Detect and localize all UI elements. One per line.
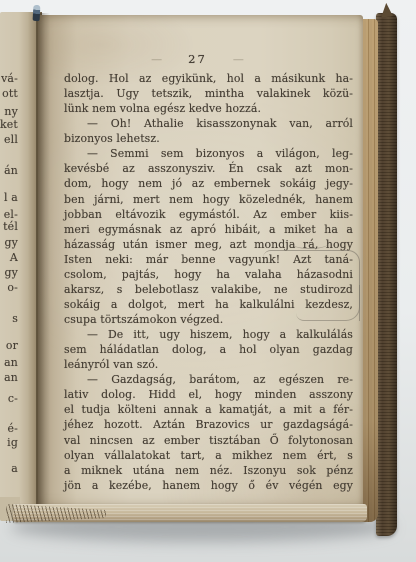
pin-icon bbox=[33, 5, 41, 21]
text-line: ben járni, mert nem hogy közelednék, han… bbox=[64, 192, 353, 207]
left-page-line-fragment: án bbox=[4, 164, 18, 177]
text-line: leányról van szó. bbox=[64, 357, 353, 372]
left-page-line-fragment: é- bbox=[7, 422, 18, 435]
book-page: — 27 — dolog. Hol az egyikünk, hol a más… bbox=[38, 15, 363, 510]
left-page-line-fragment: vá- bbox=[1, 72, 18, 85]
left-page-line-fragment: ny bbox=[4, 105, 18, 118]
left-page-line-fragment: gy bbox=[4, 266, 18, 279]
text-line: sem háládatlan dolog, a hol olyan gazdag bbox=[64, 342, 353, 357]
left-page-line-fragment: a bbox=[11, 462, 18, 475]
text-line: val nincsen az ember tisztában Ő folyton… bbox=[64, 433, 353, 448]
left-page-line-fragment: ell bbox=[4, 133, 18, 146]
text-line: jobban eltávozik egymástól. Az ember kii… bbox=[64, 207, 353, 222]
text-line: — De itt, ugy hiszem, hogy a kalkulálás bbox=[64, 327, 353, 342]
text-line: jéhez hozott. Aztán Brazovics ur gazdags… bbox=[64, 417, 353, 432]
left-page-line-fragment: or bbox=[6, 339, 18, 352]
paragraph: — Gazdagság, barátom, az egészen re-lati… bbox=[64, 372, 353, 493]
header-dash-right: — bbox=[233, 53, 244, 66]
header-dash-left: — bbox=[151, 53, 162, 66]
text-line: a miknek utána nem néz. Iszonyu sok pénz bbox=[64, 463, 353, 478]
left-page-line-fragment: ig bbox=[7, 436, 18, 449]
text-line: bizonyos lehetsz. bbox=[64, 131, 353, 146]
text-line: — Semmi sem bizonyos a világon, leg- bbox=[64, 146, 353, 161]
left-page-line-fragment: s bbox=[12, 312, 18, 325]
text-line: dom, hogy nem jó az embernek sokáig jegy… bbox=[64, 176, 353, 191]
paragraph: — Oh! Athalie kisasszonynak van, arrólbi… bbox=[64, 116, 353, 146]
paragraph: — De itt, ugy hiszem, hogy a kalkuláláss… bbox=[64, 327, 353, 372]
page-number: 27 bbox=[188, 52, 207, 66]
text-line: el tudja költeni annak a kamatját, a mit… bbox=[64, 402, 353, 417]
text-line: lasztja. Ugy tetszik, mintha valakinek k… bbox=[64, 86, 353, 101]
left-page-line-fragment: A bbox=[10, 251, 18, 264]
text-line: lativ dolog. Hidd el, hogy minden asszon… bbox=[64, 387, 353, 402]
text-line: lünk nem volna egész kedve hozzá. bbox=[64, 101, 353, 116]
text-line: kevésbé az asszonysziv. Én csak azt mon- bbox=[64, 161, 353, 176]
page-header: — 27 — bbox=[53, 52, 342, 66]
left-page-fragments: vá-ottnyketellánl ael-télgyAgyo-sorananc… bbox=[0, 0, 22, 562]
text-line: dolog. Hol az egyikünk, hol a másikunk h… bbox=[64, 71, 353, 86]
book-photo: — 27 — dolog. Hol az egyikünk, hol a más… bbox=[0, 0, 416, 562]
text-line: — Oh! Athalie kisasszonynak van, arról bbox=[64, 116, 353, 131]
text-line: olyan vállalatokat tart, a mikhez nem ér… bbox=[64, 448, 353, 463]
left-page-line-fragment: o- bbox=[7, 281, 18, 294]
paragraph: dolog. Hol az egyikünk, hol a másikunk h… bbox=[64, 71, 353, 116]
book-cover-edge bbox=[376, 13, 397, 536]
left-page-line-fragment: an bbox=[4, 371, 18, 384]
text-line: meri egymásnak az apró hibáit, a miket h… bbox=[64, 222, 353, 237]
left-page-line-fragment: gy bbox=[4, 236, 18, 249]
pencil-underline-annotation bbox=[292, 239, 328, 249]
text-line: jön a kezébe, hanem hogy ő év végén egy bbox=[64, 478, 353, 493]
left-page-line-fragment: an bbox=[4, 356, 18, 369]
left-page-line-fragment: c- bbox=[8, 392, 18, 405]
left-page-line-fragment: ket bbox=[0, 118, 18, 131]
left-page-line-fragment: tél bbox=[3, 220, 18, 233]
left-page-line-fragment: l a bbox=[4, 191, 18, 204]
left-page-line-fragment: ott bbox=[2, 87, 18, 100]
text-line: — Gazdagság, barátom, az egészen re- bbox=[64, 372, 353, 387]
pencil-bracket-annotation-bottom bbox=[296, 285, 360, 321]
